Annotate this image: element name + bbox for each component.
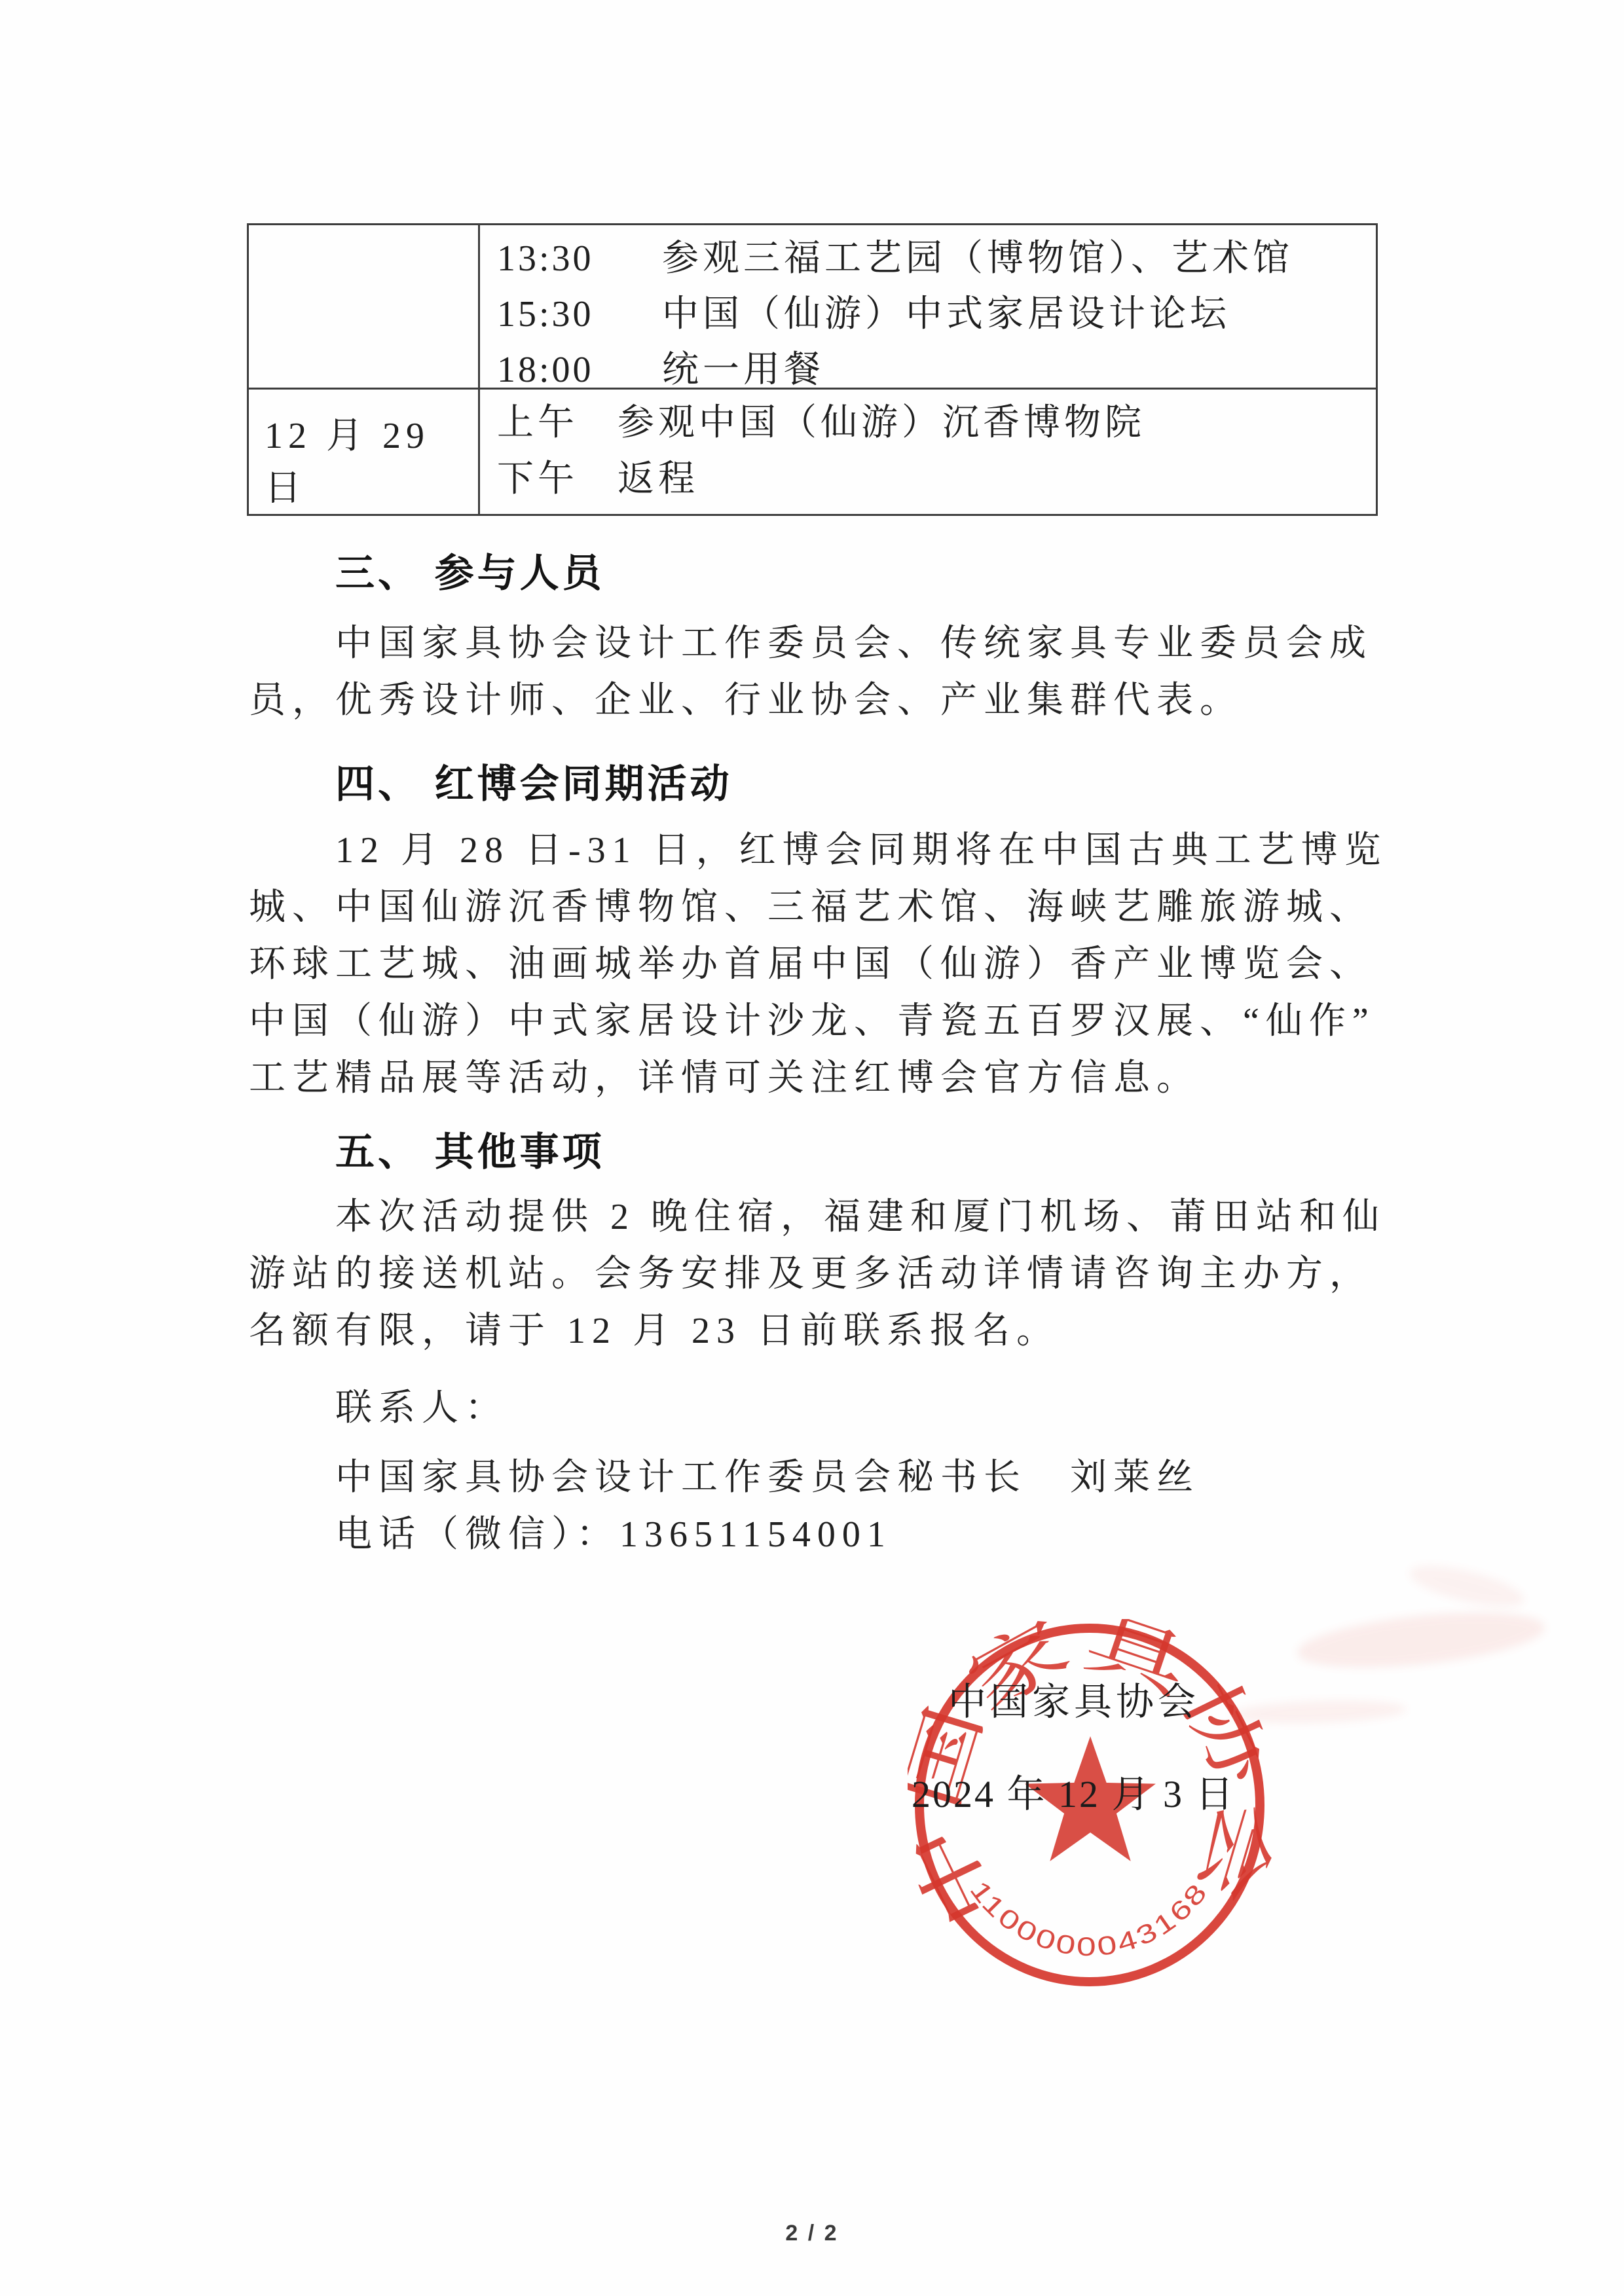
schedule-item: 13:30参观三福工艺园（博物馆）、艺术馆 [497,229,1376,285]
schedule-time: 下午 [497,450,618,502]
schedule-text: 参观中国（仙游）沉香博物院 [618,403,1145,443]
schedule-table: 13:30参观三福工艺园（博物馆）、艺术馆 15:30中国（仙游）中式家居设计论… [247,223,1378,516]
section-heading-concurrent-events: 四、 红博会同期活动 [335,753,733,809]
paragraph-line: 名额有限，请于 12 月 23 日前联系报名。 [249,1311,1060,1351]
schedule-time: 15:30 [497,293,662,335]
schedule-text: 返程 [618,459,699,500]
ink-smudge [1295,1603,1547,1677]
section-heading-participants: 三、 参与人员 [335,542,605,598]
paragraph-line: 中国（仙游）中式家居设计沙龙、青瓷五百罗汉展、“仙作” [249,1001,1375,1042]
signature-org: 中国家具协会 [948,1671,1200,1726]
document-page: 13:30参观三福工艺园（博物馆）、艺术馆 15:30中国（仙游）中式家居设计论… [0,0,1624,2296]
paragraph-line: 员，优秀设计师、企业、行业协会、产业集群代表。 [249,680,1243,721]
signature-date: 2024 年 12 月 3 日 [912,1763,1236,1818]
schedule-text: 参观三福工艺园（博物馆）、艺术馆 [662,238,1293,279]
paragraph-line: 本次活动提供 2 晚住宿，福建和厦门机场、莆田站和仙 [335,1197,1386,1237]
table-row: 12 月 29 日 上午参观中国（仙游）沉香博物院 下午返程 [249,390,1376,514]
ink-smudge [1406,1558,1528,1615]
schedule-item: 上午参观中国（仙游）沉香博物院 [497,393,1376,450]
schedule-time: 18:00 [497,349,662,391]
schedule-text: 中国（仙游）中式家居设计论坛 [662,294,1230,335]
contact-name-line: 中国家具协会设计工作委员会秘书长 刘莱丝 [335,1457,1200,1498]
contact-label: 联系人： [335,1388,508,1429]
schedule-time: 13:30 [497,238,662,280]
paragraph-line: 城、中国仙游沉香博物馆、三福艺术馆、海峡艺雕旅游城、 [249,887,1373,928]
paragraph-line: 12 月 28 日-31 日，红博会同期将在中国古典工艺博览 [335,830,1388,871]
schedule-items-cell: 上午参观中国（仙游）沉香博物院 下午返程 [480,390,1376,514]
schedule-date-cell [249,225,480,388]
paragraph-line: 中国家具协会设计工作委员会、传统家具专业委员会成 [335,623,1373,664]
schedule-text: 统一用餐 [662,350,824,390]
paragraph-line: 工艺精品展等活动，详情可关注红博会官方信息。 [249,1058,1200,1099]
schedule-item: 15:30中国（仙游）中式家居设计论坛 [497,285,1376,340]
schedule-item: 下午返程 [497,450,1376,506]
schedule-items-cell: 13:30参观三福工艺园（博物馆）、艺术馆 15:30中国（仙游）中式家居设计论… [480,225,1376,388]
table-row: 13:30参观三福工艺园（博物馆）、艺术馆 15:30中国（仙游）中式家居设计论… [249,225,1376,390]
schedule-item: 18:00统一用餐 [497,340,1376,396]
paragraph-line: 游站的接送机站。会务安排及更多活动详情请咨询主办方， [249,1254,1373,1294]
contact-phone-line: 电话（微信）：13651154001 [335,1514,892,1555]
page-number: 2 / 2 [747,2221,877,2246]
schedule-date-cell: 12 月 29 日 [249,390,480,514]
paragraph-line: 环球工艺城、油画城举办首届中国（仙游）香产业博览会、 [249,944,1373,985]
schedule-time: 上午 [497,393,618,446]
section-heading-other-matters: 五、 其他事项 [335,1121,605,1177]
